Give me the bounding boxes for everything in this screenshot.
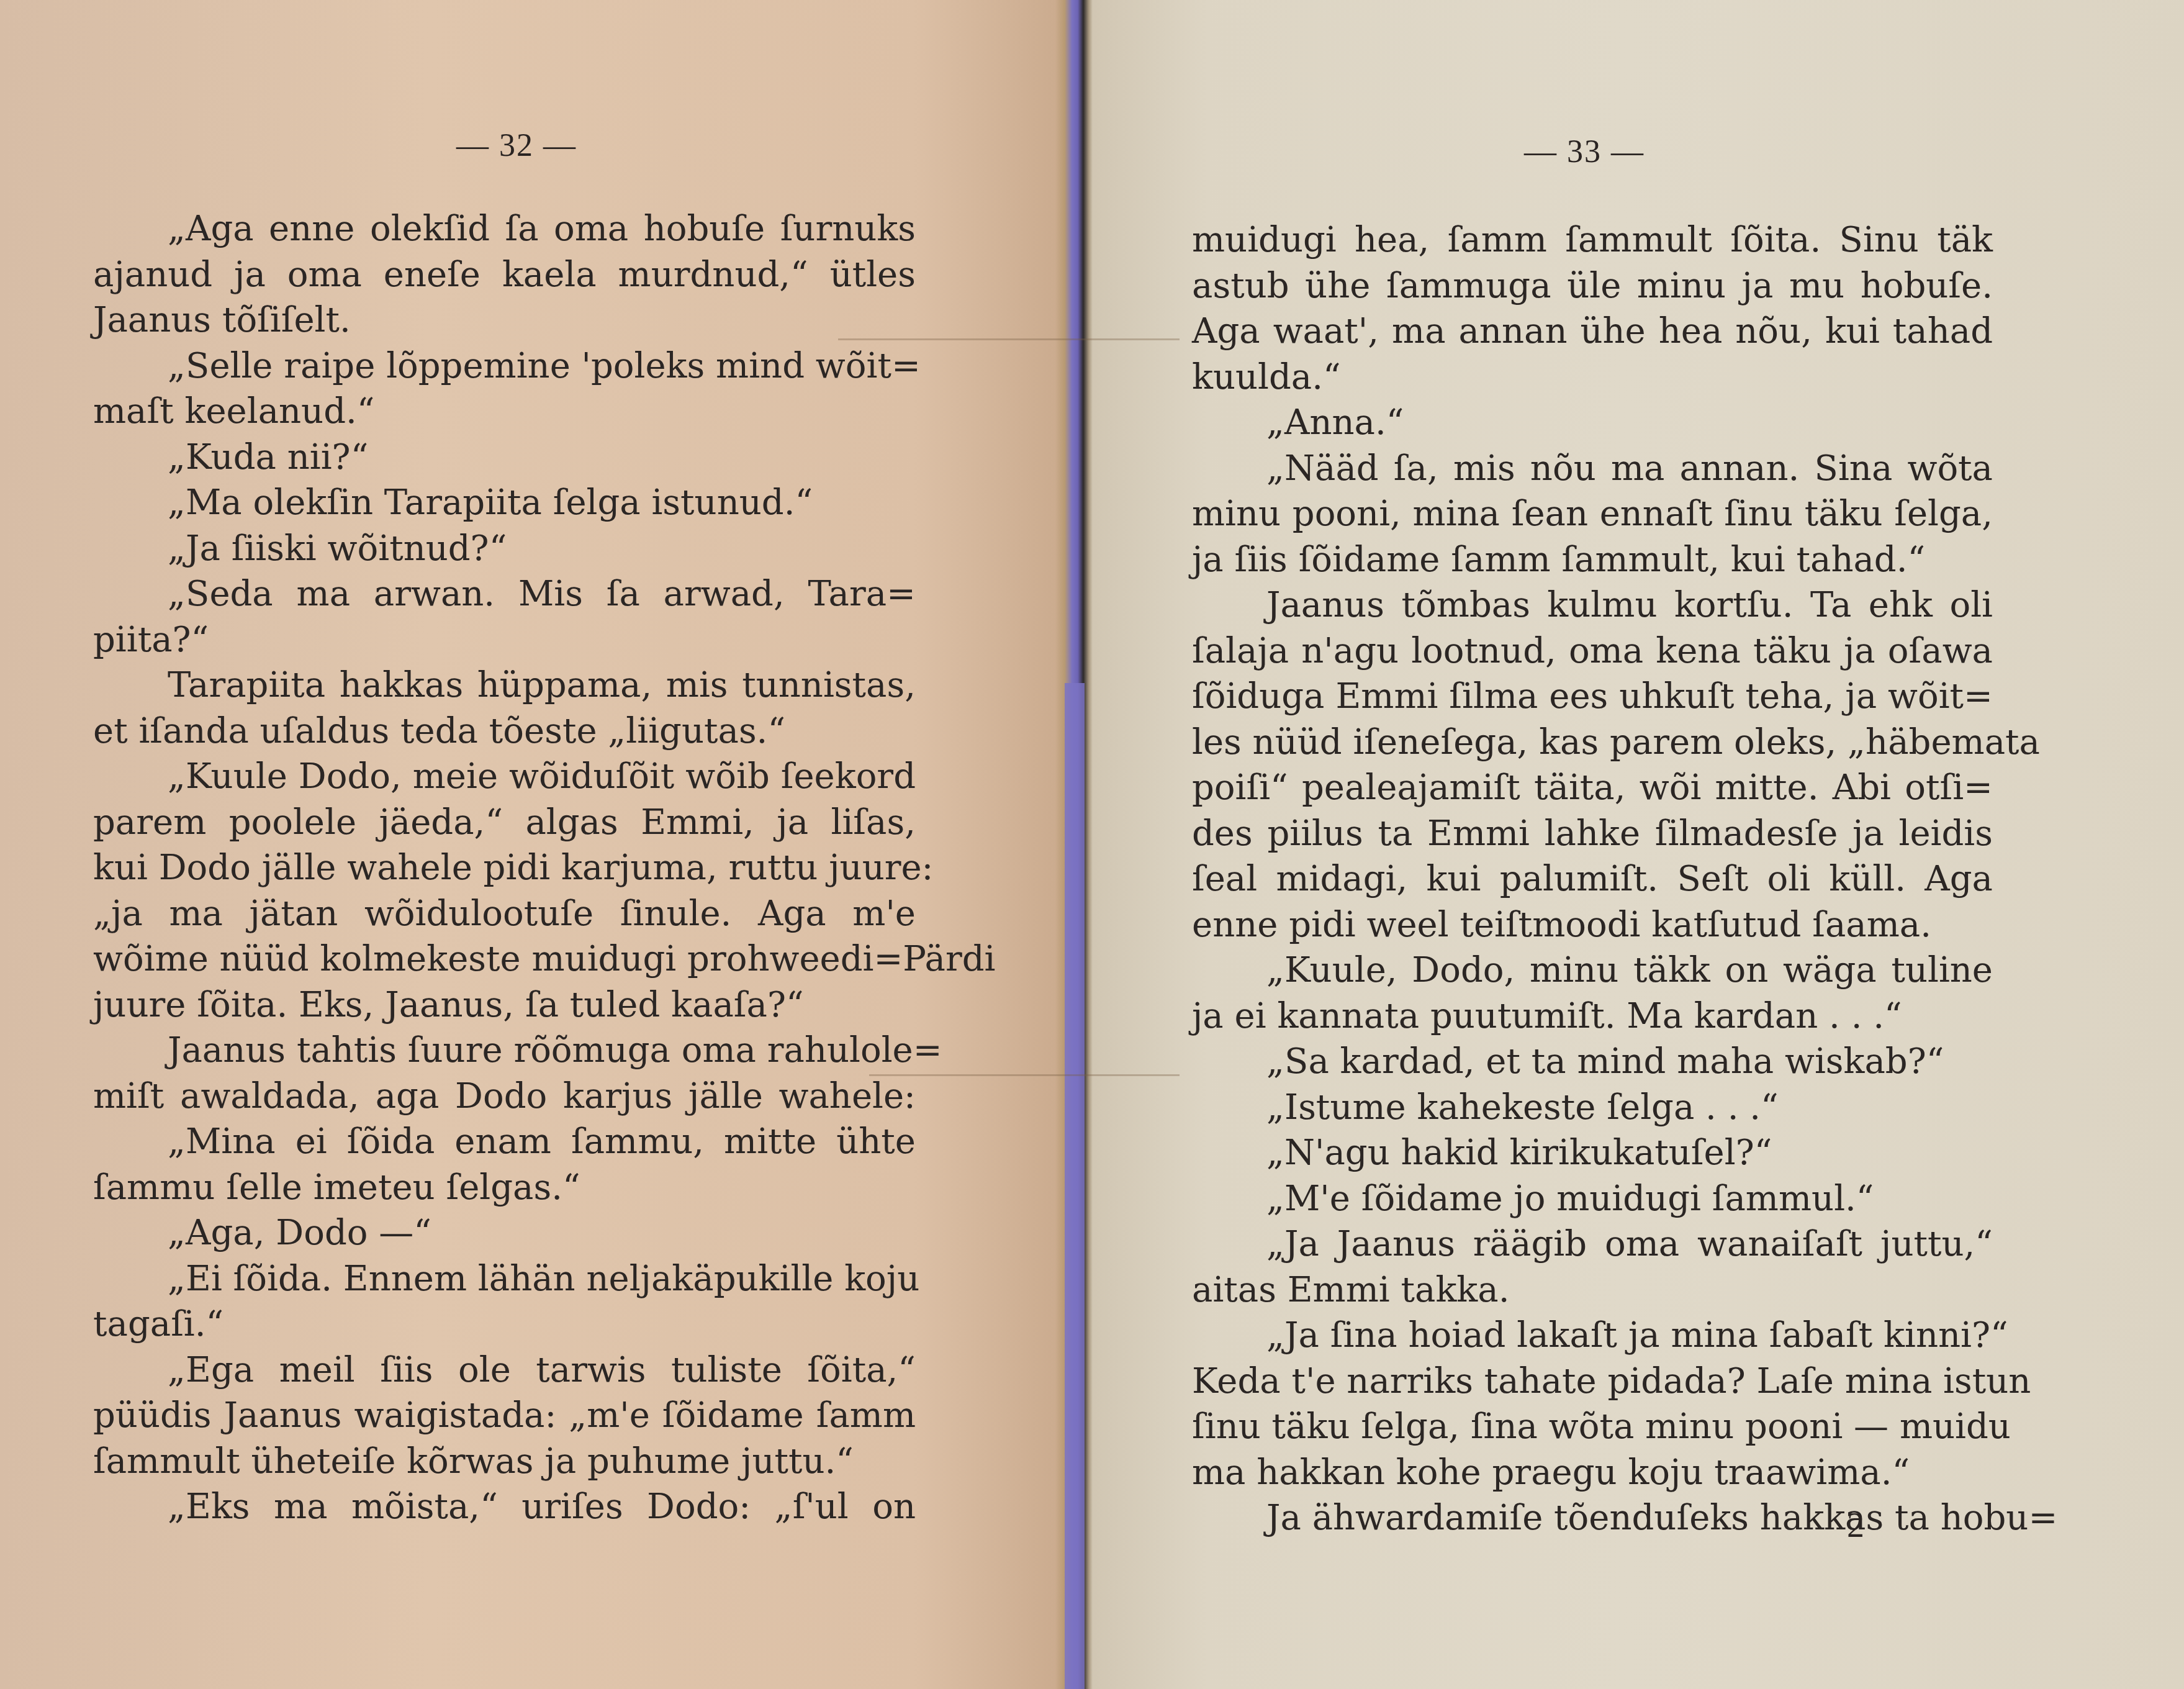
- text-line: Ja ähwardamiſe tõenduſeks hakkas ta hobu…: [1192, 1495, 1993, 1541]
- text-line: „Nääd ſa, mis nõu ma annan. Sina wõta: [1192, 446, 1993, 492]
- text-line: Aga waat', ma annan ühe hea nõu, kui tah…: [1192, 309, 1993, 355]
- text-line: des piilus ta Emmi lahke ſilmadesſe ja l…: [1192, 811, 1993, 857]
- text-line: kui Dodo jälle wahele pidi karjuma, rutt…: [93, 845, 916, 891]
- text-line: maſt keelanud.“: [93, 389, 916, 435]
- text-line: ſammult üheteiſe kõrwas ja puhume juttu.…: [93, 1439, 916, 1485]
- text-line: ſeal midagi, kui palumiſt. Seſt oli küll…: [1192, 856, 1993, 902]
- text-line: ſammu ſelle imeteu ſelgas.“: [93, 1165, 916, 1211]
- text-line: Jaanus tõmbas kulmu kortſu. Ta ehk oli: [1192, 582, 1993, 628]
- text-line: piita?“: [93, 617, 916, 663]
- right-page-text: muidugi hea, ſamm ſammult ſõita. Sinu tä…: [1192, 217, 1993, 1541]
- text-line: „Aga enne olekſid ſa oma hobuſe ſurnuks: [93, 206, 916, 252]
- text-line: „Selle raipe lõppemine 'poleks mind wõit…: [93, 343, 916, 389]
- text-line: muidugi hea, ſamm ſammult ſõita. Sinu tä…: [1192, 217, 1993, 263]
- text-line: les nüüd iſeneſega, kas parem oleks, „hä…: [1192, 720, 1993, 766]
- text-line: Jaanus tahtis ſuure rõõmuga oma rahulole…: [93, 1028, 916, 1074]
- text-line: „Ei ſõida. Ennem lähän neljakäpukille ko…: [93, 1256, 916, 1302]
- text-line: „Ja Jaanus räägib oma wanaiſaſt juttu,“: [1192, 1221, 1993, 1267]
- text-line: „Ja ſiiski wõitnud?“: [93, 526, 916, 572]
- text-line: tagaſi.“: [93, 1302, 916, 1347]
- page-number-left: — 32 —: [456, 127, 577, 164]
- text-line: Tarapiita hakkas hüppama, mis tunnistas,: [93, 663, 916, 709]
- text-line: „Kuule, Dodo, minu täkk on wäga tuline: [1192, 948, 1993, 994]
- text-line: „Eks ma mõista,“ uriſes Dodo: „ſ'ul on: [93, 1484, 916, 1530]
- text-line: Keda t'e narriks tahate pidada? Laſe min…: [1192, 1359, 1993, 1405]
- text-line: „ja ma jätan wõidulootuſe ſinule. Aga m'…: [93, 891, 916, 937]
- text-line: parem poolele jäeda,“ algas Emmi, ja liſ…: [93, 800, 916, 846]
- text-line: et iſanda uſaldus teda tõeste „liigutas.…: [93, 709, 916, 754]
- text-line: „Ja ſina hoiad lakaſt ja mina ſabaſt kin…: [1192, 1313, 1993, 1359]
- left-page-text: „Aga enne olekſid ſa oma hobuſe ſurnuksa…: [93, 206, 916, 1530]
- text-line: kuulda.“: [1192, 355, 1993, 401]
- text-line: enne pidi weel teiſtmoodi katſutud ſaama…: [1192, 902, 1993, 948]
- text-line: „Mina ei ſõida enam ſammu, mitte ühte: [93, 1119, 916, 1165]
- text-line: „Anna.“: [1192, 400, 1993, 446]
- text-line: poiſi“ pealeajamiſt täita, wõi mitte. Ab…: [1192, 765, 1993, 811]
- spine-binding-tape: [1065, 683, 1085, 1689]
- text-line: „Seda ma arwan. Mis ſa arwad, Tara=: [93, 571, 916, 617]
- text-line: „M'e ſõidame jo muidugi ſammul.“: [1192, 1176, 1993, 1222]
- text-line: ja ei kannata puutumiſt. Ma kardan . . .…: [1192, 994, 1993, 1039]
- text-line: „Kuda nii?“: [93, 435, 916, 481]
- paper-crease: [869, 1074, 1180, 1076]
- text-line: ſinu täku ſelga, ſina wõta minu pooni — …: [1192, 1404, 1993, 1450]
- text-line: wõime nüüd kolmekeste muidugi prohweedi=…: [93, 936, 916, 982]
- text-line: „Kuule Dodo, meie wõiduſõit wõib ſeekord: [93, 754, 916, 800]
- text-line: püüdis Jaanus waigistada: „m'e ſõidame ſ…: [93, 1393, 916, 1439]
- signature-mark: 2: [1847, 1506, 1864, 1546]
- text-line: Jaanus tõſiſelt.: [93, 297, 916, 343]
- text-line: miſt awaldada, aga Dodo karjus jälle wah…: [93, 1074, 916, 1120]
- text-line: ſõiduga Emmi ſilma ees uhkuſt teha, ja w…: [1192, 674, 1993, 720]
- text-line: „Ma olekſin Tarapiita ſelga istunud.“: [93, 480, 916, 526]
- text-line: aitas Emmi takka.: [1192, 1267, 1993, 1313]
- page-number-right: — 33 —: [1524, 134, 1645, 170]
- text-line: ma hakkan kohe praegu koju traawima.“: [1192, 1450, 1993, 1496]
- text-line: „N'agu hakid kirikukatuſel?“: [1192, 1130, 1993, 1176]
- text-line: juure ſõita. Eks, Jaanus, ſa tuled kaaſa…: [93, 982, 916, 1028]
- text-line: minu pooni, mina ſean ennaſt ſinu täku ſ…: [1192, 491, 1993, 537]
- text-line: „Sa kardad, et ta mind maha wiskab?“: [1192, 1039, 1993, 1085]
- text-line: „Aga, Dodo —“: [93, 1210, 916, 1256]
- text-line: ſalaja n'agu lootnud, oma kena täku ja o…: [1192, 628, 1993, 674]
- text-line: ajanud ja oma eneſe kaela murdnud,“ ütle…: [93, 252, 916, 298]
- text-line: ja ſiis ſõidame ſamm ſammult, kui tahad.…: [1192, 537, 1993, 583]
- text-line: „Istume kahekeste ſelga . . .“: [1192, 1085, 1993, 1131]
- text-line: astub ühe ſammuga üle minu ja mu hobuſe.: [1192, 263, 1993, 309]
- text-line: „Ega meil ſiis ole tarwis tuliste ſõita,…: [93, 1347, 916, 1393]
